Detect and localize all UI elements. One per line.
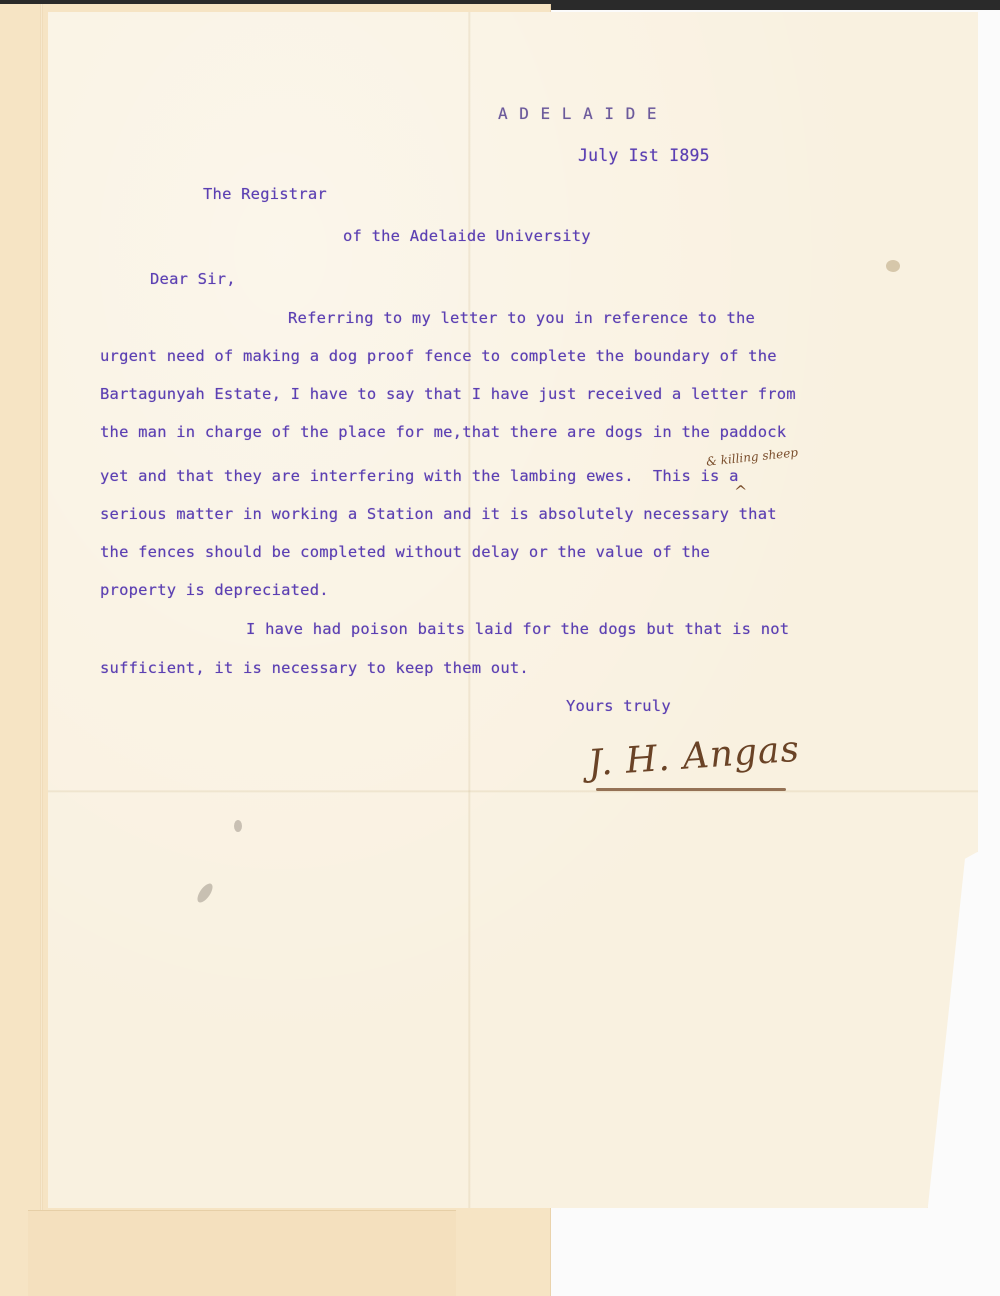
letter-place: A D E L A I D E — [498, 104, 658, 123]
closing: Yours truly — [566, 697, 671, 715]
body-line-5: yet and that they are interfering with t… — [100, 467, 739, 485]
backing-sheet-crease — [40, 4, 43, 1296]
body-line-9: I have had poison baits laid for the dog… — [246, 620, 789, 638]
salutation: Dear Sir, — [150, 270, 236, 288]
body-line-7: the fences should be completed without d… — [100, 543, 710, 561]
signature-underline — [596, 788, 786, 791]
backing-sheet-lower-edge — [28, 1210, 456, 1296]
body-line-8: property is depreciated. — [100, 581, 329, 599]
letter-page: A D E L A I D E July Ist I895 The Regist… — [48, 12, 978, 1208]
body-line-10: sufficient, it is necessary to keep them… — [100, 659, 529, 677]
smudge-mark — [234, 820, 242, 832]
body-line-6: serious matter in working a Station and … — [100, 505, 777, 523]
body-line-4: the man in charge of the place for me,th… — [100, 423, 786, 441]
recipient-institution: of the Adelaide University — [343, 227, 591, 245]
body-line-3: Bartagunyah Estate, I have to say that I… — [100, 385, 796, 403]
body-line-1: Referring to my letter to you in referen… — [288, 309, 755, 327]
recipient-title: The Registrar — [203, 185, 327, 203]
smudge-mark — [195, 881, 216, 905]
handwritten-insertion: & killing sheep — [706, 445, 799, 469]
letter-date: July Ist I895 — [578, 146, 710, 165]
body-line-2: urgent need of making a dog proof fence … — [100, 347, 777, 365]
insertion-caret: ^ — [734, 482, 747, 501]
ink-stain — [886, 260, 900, 272]
signature: J. H. Angas — [587, 729, 801, 785]
